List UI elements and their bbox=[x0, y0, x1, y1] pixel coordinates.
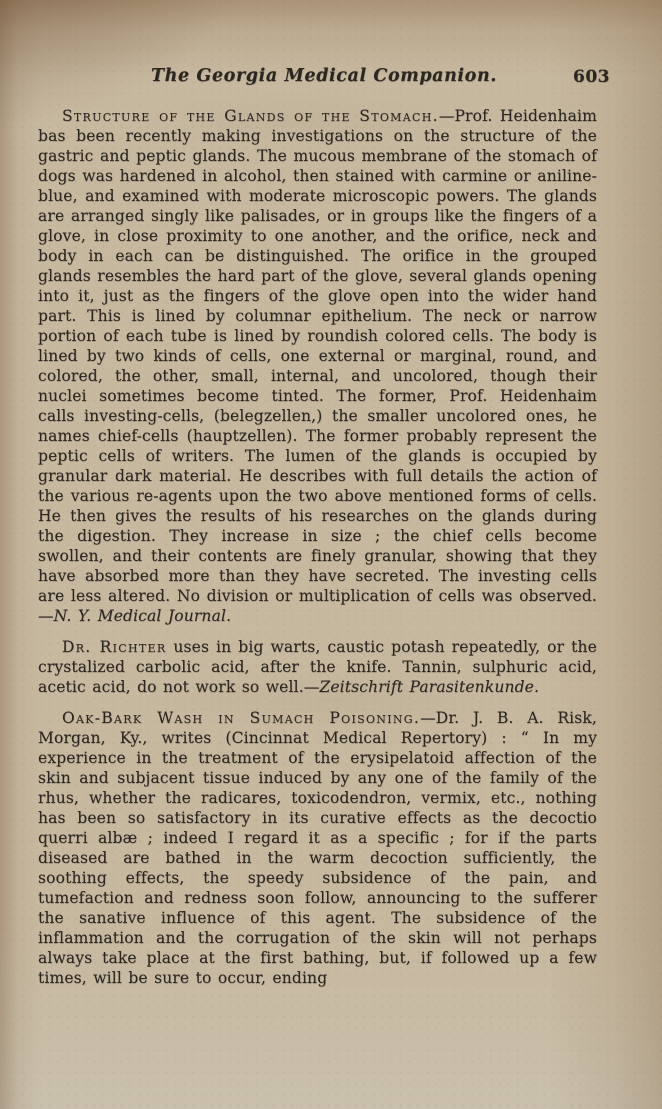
journal-title: The Georgia Medical Companion. bbox=[151, 66, 497, 86]
page-surface: The Georgia Medical Companion. 603 Struc… bbox=[0, 0, 662, 1109]
text-segment-smallcaps: Oak-Bark Wash in Sumach Poisoning. bbox=[62, 709, 420, 727]
article-paragraph: Dr. Richter uses in big warts, caustic p… bbox=[38, 637, 597, 697]
text-segment-italic: N. Y. Medical Journal. bbox=[54, 607, 232, 625]
article-list: Structure of the Glands of the Stomach.—… bbox=[38, 106, 597, 999]
text-segment-normal: —Dr. J. B. A. Risk, Morgan, Ky., writes … bbox=[38, 709, 597, 987]
running-header: The Georgia Medical Companion. 603 bbox=[38, 66, 610, 86]
article-paragraph: Oak-Bark Wash in Sumach Poisoning.—Dr. J… bbox=[38, 708, 597, 988]
text-segment-italic: Zeitschrift Parasitenkunde. bbox=[319, 678, 539, 696]
text-segment-smallcaps: Structure of the Glands of the Stomach. bbox=[62, 107, 439, 125]
text-segment-normal: —Prof. Heidenhaim bas been recently maki… bbox=[38, 107, 597, 625]
text-segment-smallcaps: Dr. Richter bbox=[62, 638, 166, 656]
page-number: 603 bbox=[573, 67, 610, 87]
article-paragraph: Structure of the Glands of the Stomach.—… bbox=[38, 106, 597, 626]
